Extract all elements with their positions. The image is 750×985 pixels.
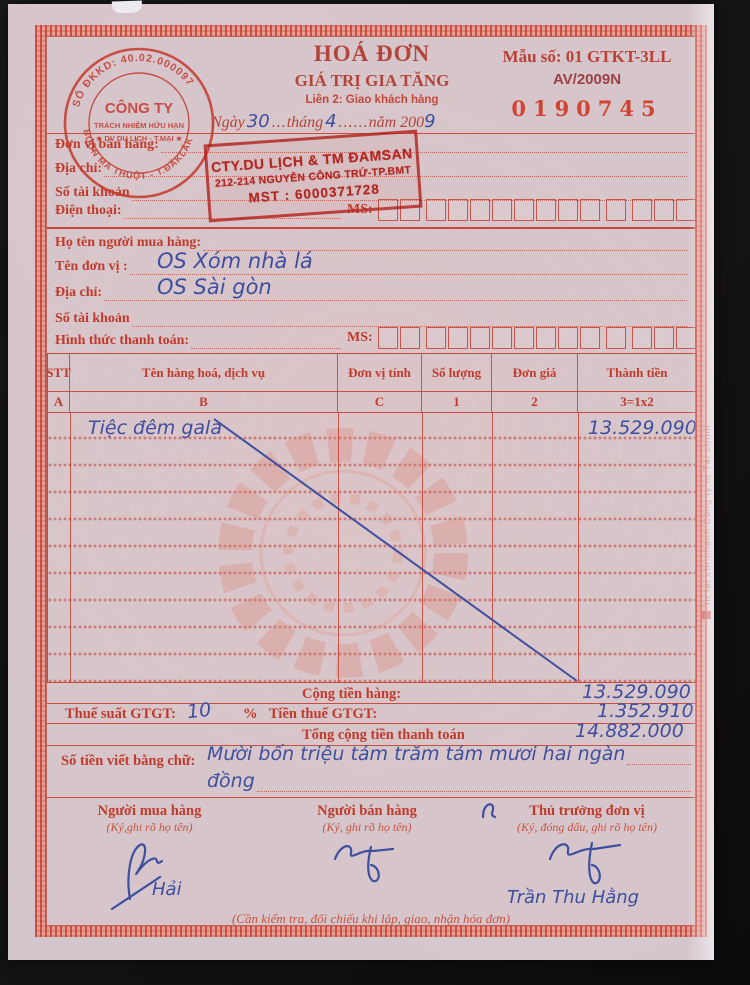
tax-rate-handwritten: 10: [186, 699, 212, 723]
company-rect-stamp: CTY.DU LỊCH & TM ĐAMSAN 212-214 NGUYỄN C…: [204, 130, 423, 223]
dotted-line: [132, 312, 687, 327]
torn-paper-edge: [112, 0, 142, 13]
col-amount: Thành tiền: [578, 354, 696, 391]
buyer-tax-code-boxes: [378, 327, 696, 349]
table-body: Tiệc đêm gala 13.529.090: [48, 413, 696, 683]
seller-tax-code-boxes: [378, 199, 696, 221]
buyer-signer-name: Hải: [152, 879, 182, 900]
tax-rate-label: Thuế suất GTGT:: [65, 706, 176, 723]
totals-line: [47, 797, 695, 798]
sub-c: C: [338, 392, 422, 412]
tax-amount-handwritten: 1.352.910: [597, 700, 694, 722]
col-quantity: Số lượng: [422, 354, 492, 391]
items-table: STT Tên hàng hoá, dịch vụ Đơn vị tính Số…: [47, 353, 697, 683]
date-year-handwritten: 9: [424, 111, 435, 132]
form-number-label: Mẫu số: 01 GTKT-3LL: [477, 47, 697, 67]
seller-phone-label: Điện thoại:: [55, 203, 122, 219]
percent-sign: %: [243, 706, 258, 723]
date-dots2: ......: [339, 114, 369, 132]
director-signature-scribble: [542, 835, 642, 895]
sub-2: 2: [492, 392, 578, 412]
director-sign-note: (Ký, đóng dấu, ghi rõ họ tên): [477, 820, 697, 835]
director-premark-scribble: [479, 799, 501, 821]
col-unit-price: Đơn giá: [492, 354, 578, 391]
buyer-sign-note: (Ký,ghi rõ họ tên): [47, 820, 252, 835]
tax-amount-label: Tiền thuế GTGT:: [269, 706, 377, 723]
ornamental-border: HOÁ ĐƠN GIÁ TRỊ GIA TĂNG Liên 2: Giao kh…: [35, 25, 707, 937]
sub-1: 1: [422, 392, 492, 412]
grand-total-handwritten: 14.882.000: [575, 720, 684, 742]
dotted-line: [257, 777, 691, 792]
sub-b: B: [70, 392, 338, 412]
col-stt: STT: [48, 354, 70, 391]
footer-note: (Cần kiểm tra, đối chiếu khi lập, giao, …: [47, 911, 695, 927]
table-header-row: STT Tên hàng hoá, dịch vụ Đơn vị tính Số…: [48, 354, 696, 392]
stamp-line2: TRÁCH NHIỆM HỮU HẠN: [94, 121, 184, 130]
buyer-sign-title: Người mua hàng: [47, 803, 252, 820]
buyer-signature-scribble: [102, 837, 212, 912]
amount-in-words-line2: đồng: [207, 770, 255, 792]
printer-side-note: In tại chi nhánh Công ty in Tài chính: [702, 329, 712, 619]
dotted-line: [627, 750, 691, 765]
section-divider: [47, 227, 695, 229]
buyer-ms-label: MS:: [347, 330, 373, 346]
subtotal-label: Cộng tiền hàng:: [302, 686, 401, 703]
table-subheader-row: A B C 1 2 3=1x2: [48, 392, 696, 413]
stamp-line1: CÔNG TY: [105, 99, 173, 117]
invoice-content: HOÁ ĐƠN GIÁ TRỊ GIA TĂNG Liên 2: Giao kh…: [46, 36, 696, 926]
seller-sign-note: (Ký, ghi rõ họ tên): [262, 820, 472, 835]
director-signer-name: Trần Thu Hằng: [507, 887, 639, 908]
amount-in-words-line1: Mười bốn triệu tám trăm tám mươi hai ngà…: [207, 743, 625, 765]
printer-side-note-text: In tại chi nhánh Công ty in Tài chính: [702, 425, 712, 605]
date-month-handwritten: 4: [325, 111, 336, 132]
seller-signature-scribble: [327, 837, 417, 892]
col-unit: Đơn vị tính: [338, 354, 422, 391]
dotted-line: [191, 334, 341, 349]
date-dots1: ...: [272, 114, 287, 132]
buyer-address-label: Địa chỉ:: [55, 285, 102, 301]
buyer-unit-handwritten: OS Xóm nhà lá: [157, 249, 313, 273]
date-day-handwritten: 30: [247, 111, 270, 132]
printer-logo-icon: [703, 611, 712, 619]
col-item-name: Tên hàng hoá, dịch vụ: [70, 354, 338, 391]
sub-3: 3=1x2: [578, 392, 696, 412]
director-sign-title: Thủ trưởng đơn vị: [477, 803, 697, 820]
stamp-line3: ★ DV DU LỊCH - T.MẠI ★: [96, 134, 184, 143]
buyer-account-label: Số tài khoản: [55, 311, 130, 327]
buyer-unit-label: Tên đơn vị :: [55, 259, 128, 275]
pen-strike-line: [48, 413, 698, 683]
date-month-label: tháng: [287, 114, 323, 132]
seller-sign-title: Người bán hàng: [262, 803, 472, 820]
grand-total-label: Tổng cộng tiền thanh toán: [302, 727, 465, 744]
serial-label: AV/2009N: [477, 71, 697, 88]
sub-a: A: [48, 392, 70, 412]
invoice-sheet: HOÁ ĐƠN GIÁ TRỊ GIA TĂNG Liên 2: Giao kh…: [8, 4, 714, 960]
company-round-stamp: SỐ ĐKKD: 40.02.000097 BUÔN MA THUỘT - T.…: [59, 43, 219, 203]
buyer-payment-label: Hình thức thanh toán:: [55, 333, 189, 349]
amount-in-words-label: Số tiền viết bằng chữ:: [61, 753, 195, 770]
buyer-address-handwritten: OS Sài gòn: [157, 275, 272, 299]
